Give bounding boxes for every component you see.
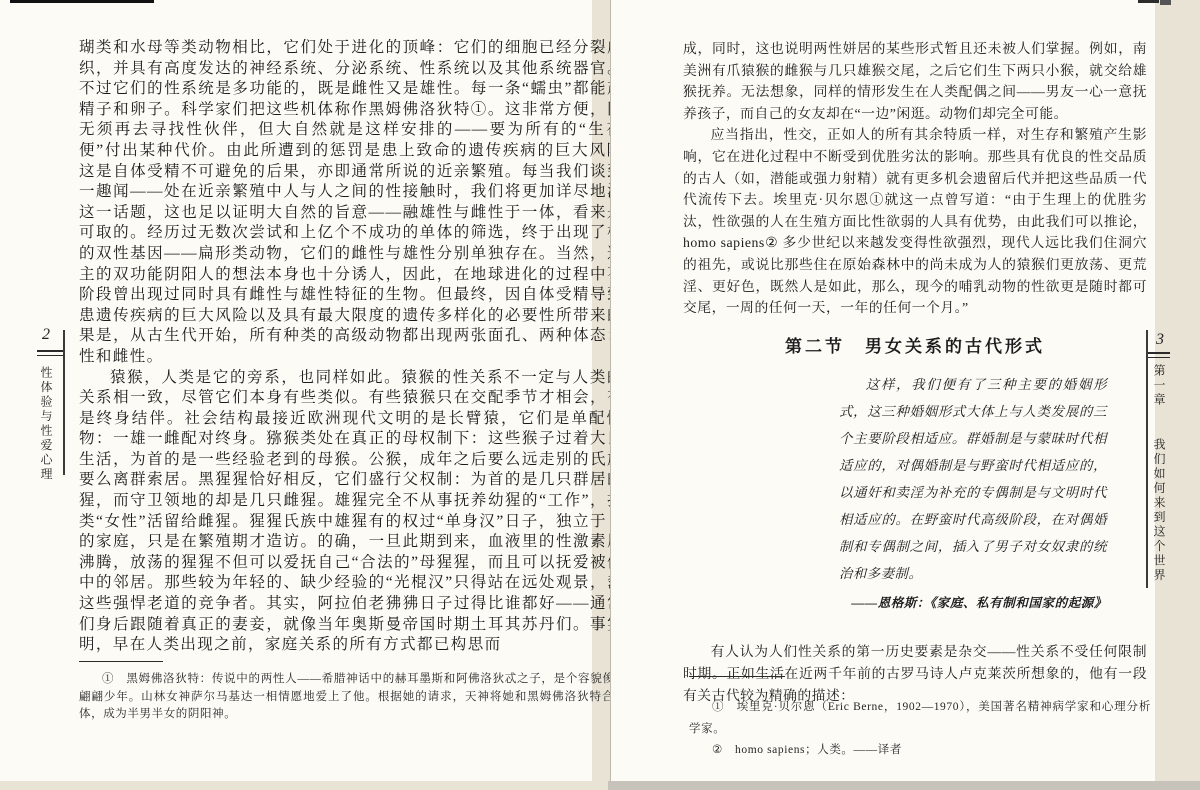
paragraph: 猿猴，人类是它的旁系，也同样如此。猿猴的性关系不一定与人类的性关系相一致，尽管它… (79, 368, 641, 656)
quote-text: 这样，我们便有了三种主要的婚姻形式，这三种婚姻形式大体上与人类发展的三个主要阶段… (839, 371, 1107, 587)
section-heading: 第二节 男女关系的古代形式 (683, 336, 1147, 358)
footnote-text: ① 黑姆佛洛狄特：传说中的两性人——希腊神话中的赫耳墨斯和阿佛洛狄忒之子，是个容… (79, 671, 639, 724)
footnote-text: ① 埃里克·贝尔恩（Eric Berne，1902—1970），美国著名精神病学… (689, 697, 1151, 740)
running-head-chapter: 第一章 (1151, 364, 1168, 408)
page-number-rule (37, 350, 63, 356)
paragraph: 成，同时，这也说明两性姘居的某些形式暂且还未被人们掌握。例如，南美洲有爪猿猴的雌… (683, 38, 1147, 124)
footnote-divider (79, 661, 163, 662)
scan-artifact (1138, 0, 1159, 3)
running-head-book-title: 性体验与性爱心理 (38, 366, 55, 482)
footnote-divider (689, 676, 785, 677)
paragraph: 应当指出，性交，正如人的所有其余特质一样，对生存和繁殖产生影响，它在进化过程中不… (683, 124, 1147, 318)
page-number: 2 (42, 326, 50, 344)
left-page-body-text: 瑚类和水母等类动物相比，它们处于进化的顶峰：它们的细胞已经分裂成组织，并具有高度… (79, 38, 641, 656)
left-page: 瑚类和水母等类动物相比，它们处于进化的顶峰：它们的细胞已经分裂成组织，并具有高度… (0, 0, 592, 781)
footnote-block: ① 埃里克·贝尔恩（Eric Berne，1902—1970），美国著名精神病学… (689, 697, 1151, 762)
page-number: 3 (1156, 331, 1164, 349)
page-number-rule (1147, 352, 1170, 358)
block-quote: 这样，我们便有了三种主要的婚姻形式，这三种婚姻形式大体上与人类发展的三个主要阶段… (839, 371, 1107, 617)
sidebar-rule (1146, 330, 1148, 588)
scan-artifact (10, 0, 154, 3)
footnote-block: ① 黑姆佛洛狄特：传说中的两性人——希腊神话中的赫耳墨斯和阿佛洛狄忒之子，是个容… (79, 671, 639, 724)
footnote-text: ② homo sapiens；人类。——译者 (689, 740, 1151, 762)
right-page: 成，同时，这也说明两性姘居的某些形式暂且还未被人们掌握。例如，南美洲有爪猿猴的雌… (610, 0, 1155, 781)
scanner-edge-strip (608, 781, 1200, 790)
quote-attribution: ——恩格斯：《家庭、私有制和国家的起源》 (839, 590, 1107, 617)
scan-artifact (1160, 0, 1171, 5)
running-head-chapter-title: 我们如何来到这个世界 (1151, 438, 1168, 583)
sidebar-rule (63, 330, 65, 475)
right-page-body-text: 成，同时，这也说明两性姘居的某些形式暂且还未被人们掌握。例如，南美洲有爪猿猴的雌… (683, 38, 1147, 706)
paragraph: 瑚类和水母等类动物相比，它们处于进化的顶峰：它们的细胞已经分裂成组织，并具有高度… (79, 38, 641, 368)
